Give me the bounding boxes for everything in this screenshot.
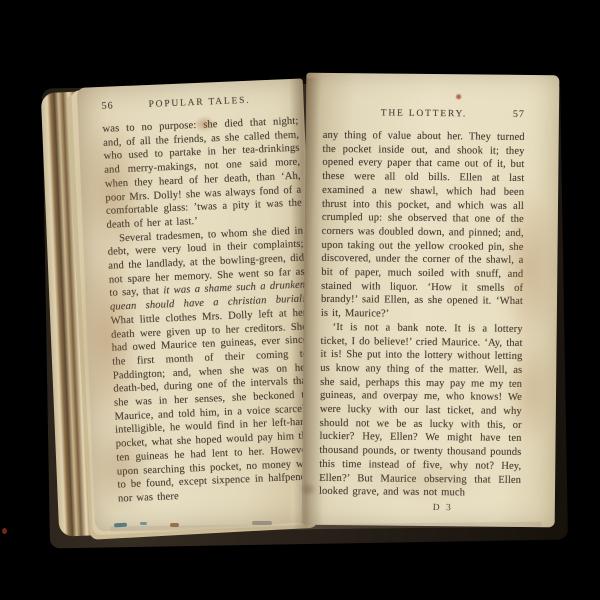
left-paragraph-1: was to no purpose: she died that night; … [102,115,302,233]
left-page-header: 56 POPULAR TALES. [101,93,297,112]
left-page-number: 56 [101,99,135,111]
paint-speck [114,523,127,528]
photo-background: 56 POPULAR TALES. was to no purpose: she… [0,0,600,600]
red-speck [2,528,7,534]
right-page-text: any thing of value about her. They turne… [319,129,525,501]
left-running-title: POPULAR TALES. [135,95,263,110]
left-paragraph-2: Several tradesmen, to whom she died in d… [107,224,314,506]
left-page-text: was to no purpose: she died that night; … [102,115,314,507]
rust-speck [456,94,461,99]
header-spacer [264,101,298,102]
left-page: 56 POPULAR TALES. was to no purpose: she… [77,78,321,531]
printers-signature: D 3 [319,502,521,514]
paint-speck [140,522,147,525]
left-paragraph-2-post: What little clothes Mrs. Dolly left at h… [110,307,313,504]
right-page-number: 57 [491,109,525,120]
right-page: THE LOTTERY. 57 any thing of value about… [302,73,560,528]
right-paragraph-1: any thing of value about her. They turne… [321,129,525,323]
right-paragraph-2: ‘It is not a bank note. It is a lottery … [319,321,523,501]
right-running-title: THE LOTTERY. [357,108,491,119]
paint-speck [252,521,272,525]
rust-speck [170,523,179,527]
foxing-stain [302,485,314,494]
right-page-header: THE LOTTERY. 57 [323,107,525,120]
